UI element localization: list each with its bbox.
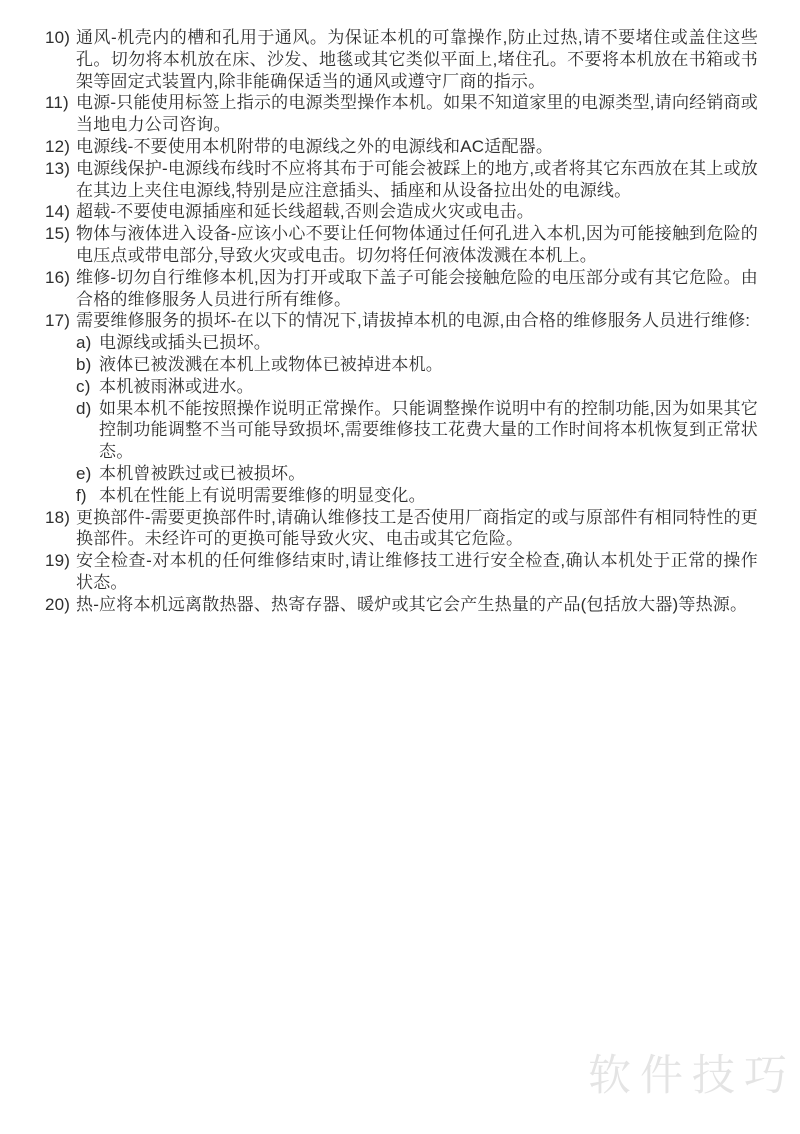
item-number: 11) bbox=[45, 92, 76, 136]
subitem-text: 本机在性能上有说明需要维修的明显变化。 bbox=[99, 485, 758, 507]
item-text: 安全检查-对本机的任何维修结束时,请让维修技工进行安全检查,确认本机处于正常的操… bbox=[76, 550, 758, 594]
item-text: 通风-机壳内的槽和孔用于通风。为保证本机的可靠操作,防止过热,请不要堵住或盖住这… bbox=[76, 27, 758, 92]
item-number: 16) bbox=[45, 267, 76, 311]
item-text: 需要维修服务的损坏-在以下的情况下,请拔掉本机的电源,由合格的维修服务人员进行维… bbox=[76, 311, 750, 330]
subitem-f: f) 本机在性能上有说明需要维修的明显变化。 bbox=[76, 485, 758, 507]
list-item-11: 11) 电源-只能使用标签上指示的电源类型操作本机。如果不知道家里的电源类型,请… bbox=[45, 92, 758, 136]
item-text: 电源-只能使用标签上指示的电源类型操作本机。如果不知道家里的电源类型,请向经销商… bbox=[76, 92, 758, 136]
subitem-e: e) 本机曾被跌过或已被损坏。 bbox=[76, 463, 758, 485]
subitem-a: a) 电源线或插头已损坏。 bbox=[76, 332, 758, 354]
item-number: 19) bbox=[45, 550, 76, 594]
list-item-10: 10) 通风-机壳内的槽和孔用于通风。为保证本机的可靠操作,防止过热,请不要堵住… bbox=[45, 27, 758, 92]
list-item-17: 17) 需要维修服务的损坏-在以下的情况下,请拔掉本机的电源,由合格的维修服务人… bbox=[45, 310, 758, 506]
item-text: 电源线保护-电源线布线时不应将其布于可能会被踩上的地方,或者将其它东西放在其上或… bbox=[76, 158, 758, 202]
item-text: 维修-切勿自行维修本机,因为打开或取下盖子可能会接触危险的电压部分或有其它危险。… bbox=[76, 267, 758, 311]
list-item-17-subitems: a) 电源线或插头已损坏。 b) 液体已被泼溅在本机上或物体已被掉进本机。 bbox=[76, 332, 758, 506]
subitem-letter: a) bbox=[76, 332, 99, 354]
list-item-16: 16) 维修-切勿自行维修本机,因为打开或取下盖子可能会接触危险的电压部分或有其… bbox=[45, 267, 758, 311]
item-text: 更换部件-需要更换部件时,请确认维修技工是否使用厂商指定的或与原部件有相同特性的… bbox=[76, 507, 758, 551]
item-number: 10) bbox=[45, 27, 76, 92]
list-item-14: 14) 超载-不要使电源插座和延长线超载,否则会造成火灾或电击。 bbox=[45, 201, 758, 223]
watermark-text: 软件技巧 bbox=[588, 1055, 796, 1098]
item-number: 20) bbox=[45, 594, 76, 616]
subitem-text: 电源线或插头已损坏。 bbox=[99, 332, 758, 354]
item-text: 电源线-不要使用本机附带的电源线之外的电源线和AC适配器。 bbox=[76, 136, 758, 158]
item-number: 17) bbox=[45, 310, 76, 506]
item-number: 15) bbox=[45, 223, 76, 267]
subitem-letter: e) bbox=[76, 463, 99, 485]
subitem-b: b) 液体已被泼溅在本机上或物体已被掉进本机。 bbox=[76, 354, 758, 376]
list-item-20: 20) 热-应将本机远离散热器、热寄存器、暖炉或其它会产生热量的产品(包括放大器… bbox=[45, 594, 758, 616]
list-item-15: 15) 物体与液体进入设备-应该小心不要让任何物体通过任何孔进入本机,因为可能接… bbox=[45, 223, 758, 267]
list-item-18: 18) 更换部件-需要更换部件时,请确认维修技工是否使用厂商指定的或与原部件有相… bbox=[45, 507, 758, 551]
subitem-letter: b) bbox=[76, 354, 99, 376]
subitem-d: d) 如果本机不能按照操作说明正常操作。只能调整操作说明中有的控制功能,因为如果… bbox=[76, 398, 758, 463]
list-item-19: 19) 安全检查-对本机的任何维修结束时,请让维修技工进行安全检查,确认本机处于… bbox=[45, 550, 758, 594]
item-text: 物体与液体进入设备-应该小心不要让任何物体通过任何孔进入本机,因为可能接触到危险… bbox=[76, 223, 758, 267]
subitem-c: c) 本机被雨淋或进水。 bbox=[76, 376, 758, 398]
subitem-text: 如果本机不能按照操作说明正常操作。只能调整操作说明中有的控制功能,因为如果其它控… bbox=[99, 398, 758, 463]
item-number: 12) bbox=[45, 136, 76, 158]
list-item-12: 12) 电源线-不要使用本机附带的电源线之外的电源线和AC适配器。 bbox=[45, 136, 758, 158]
list-item-13: 13) 电源线保护-电源线布线时不应将其布于可能会被踩上的地方,或者将其它东西放… bbox=[45, 158, 758, 202]
document-page: 10) 通风-机壳内的槽和孔用于通风。为保证本机的可靠操作,防止过热,请不要堵住… bbox=[0, 0, 800, 1134]
item-number: 14) bbox=[45, 201, 76, 223]
subitem-letter: c) bbox=[76, 376, 99, 398]
subitem-text: 本机被雨淋或进水。 bbox=[99, 376, 758, 398]
item-number: 13) bbox=[45, 158, 76, 202]
subitem-text: 本机曾被跌过或已被损坏。 bbox=[99, 463, 758, 485]
subitem-letter: f) bbox=[76, 485, 99, 507]
item-text: 超载-不要使电源插座和延长线超载,否则会造成火灾或电击。 bbox=[76, 201, 758, 223]
item-text: 热-应将本机远离散热器、热寄存器、暖炉或其它会产生热量的产品(包括放大器)等热源… bbox=[76, 594, 758, 616]
subitem-letter: d) bbox=[76, 398, 99, 463]
safety-instructions-list: 10) 通风-机壳内的槽和孔用于通风。为保证本机的可靠操作,防止过热,请不要堵住… bbox=[45, 27, 758, 616]
item-number: 18) bbox=[45, 507, 76, 551]
subitem-text: 液体已被泼溅在本机上或物体已被掉进本机。 bbox=[99, 354, 758, 376]
